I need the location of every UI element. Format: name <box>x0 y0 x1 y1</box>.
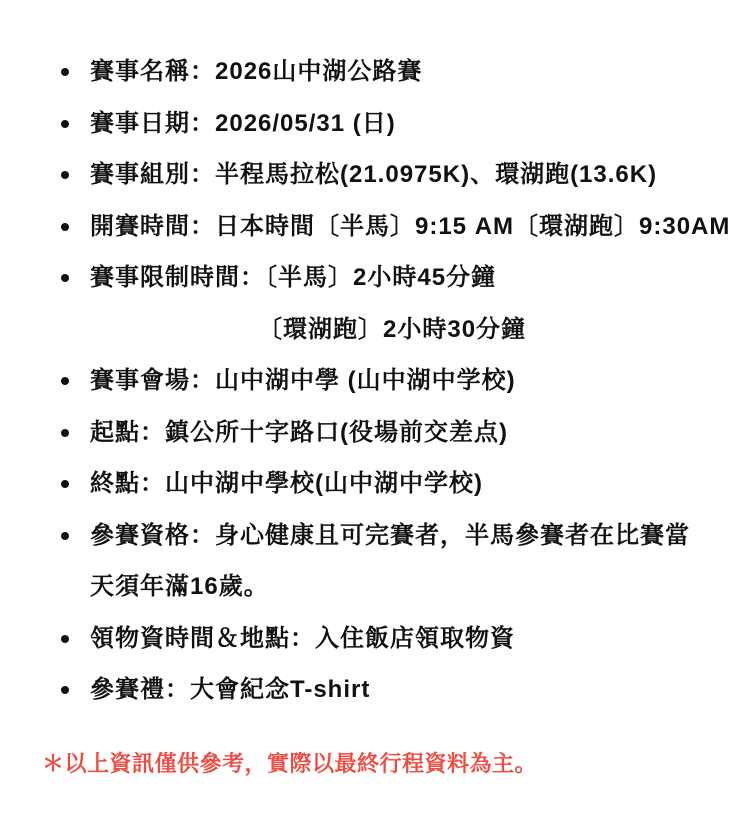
list-item-event-name: 賽事名稱：2026山中湖公路賽 <box>90 46 730 98</box>
bullet-icon <box>61 686 69 694</box>
list-item-participant-gift: 參賽禮：大會紀念T-shirt <box>90 664 730 716</box>
bullet-icon <box>61 635 69 643</box>
list-item-packet-pickup: 領物資時間＆地點：入住飯店領取物資 <box>90 613 730 665</box>
bullet-icon <box>61 429 69 437</box>
list-item-event-date: 賽事日期：2026/05/31 (日) <box>90 98 730 150</box>
list-item-text: 起點：鎮公所十字路口(役場前交差点) <box>90 407 730 459</box>
list-item-text: 領物資時間＆地點：入住飯店領取物資 <box>90 613 730 665</box>
list-item-eligibility: 參賽資格：身心健康且可完賽者，半馬參賽者在比賽當 天須年滿16歲。 <box>90 510 730 613</box>
list-item-text: 參賽禮：大會紀念T-shirt <box>90 664 730 716</box>
list-item-text: 賽事組別：半程馬拉松(21.0975K)、環湖跑(13.6K) <box>90 149 730 201</box>
list-item-text-continuation: 〔環湖跑〕2小時30分鐘 <box>258 304 730 356</box>
bullet-icon <box>61 120 69 128</box>
bullet-icon <box>61 532 69 540</box>
event-info-list: 賽事名稱：2026山中湖公路賽 賽事日期：2026/05/31 (日) 賽事組別… <box>90 46 730 716</box>
list-item-text: 賽事會場：山中湖中學 (山中湖中学校) <box>90 355 730 407</box>
list-item-start-point: 起點：鎮公所十字路口(役場前交差点) <box>90 407 730 459</box>
document-page: 賽事名稱：2026山中湖公路賽 賽事日期：2026/05/31 (日) 賽事組別… <box>0 0 750 813</box>
list-item-text: 賽事日期：2026/05/31 (日) <box>90 98 730 150</box>
bullet-icon <box>61 274 69 282</box>
list-item-text: 終點：山中湖中學校(山中湖中学校) <box>90 458 730 510</box>
list-item-text: 開賽時間：日本時間〔半馬〕9:15 AM〔環湖跑〕9:30AM <box>90 201 730 253</box>
list-item-event-categories: 賽事組別：半程馬拉松(21.0975K)、環湖跑(13.6K) <box>90 149 730 201</box>
list-item-venue: 賽事會場：山中湖中學 (山中湖中学校) <box>90 355 730 407</box>
bullet-icon <box>61 171 69 179</box>
list-item-text: 參賽資格：身心健康且可完賽者，半馬參賽者在比賽當 <box>90 510 730 562</box>
list-item-text: 賽事名稱：2026山中湖公路賽 <box>90 46 730 98</box>
list-item-start-time: 開賽時間：日本時間〔半馬〕9:15 AM〔環湖跑〕9:30AM <box>90 201 730 253</box>
list-item-time-limit: 賽事限制時間：〔半馬〕2小時45分鐘 〔環湖跑〕2小時30分鐘 <box>90 252 730 355</box>
disclaimer-note: ＊以上資訊僅供參考，實際以最終行程資料為主。 <box>42 748 537 780</box>
bullet-icon <box>61 480 69 488</box>
bullet-icon <box>61 377 69 385</box>
list-item-finish-point: 終點：山中湖中學校(山中湖中学校) <box>90 458 730 510</box>
bullet-icon <box>61 223 69 231</box>
list-item-text-continuation: 天須年滿16歲。 <box>90 561 730 613</box>
list-item-text: 賽事限制時間：〔半馬〕2小時45分鐘 <box>90 252 730 304</box>
bullet-icon <box>61 68 69 76</box>
